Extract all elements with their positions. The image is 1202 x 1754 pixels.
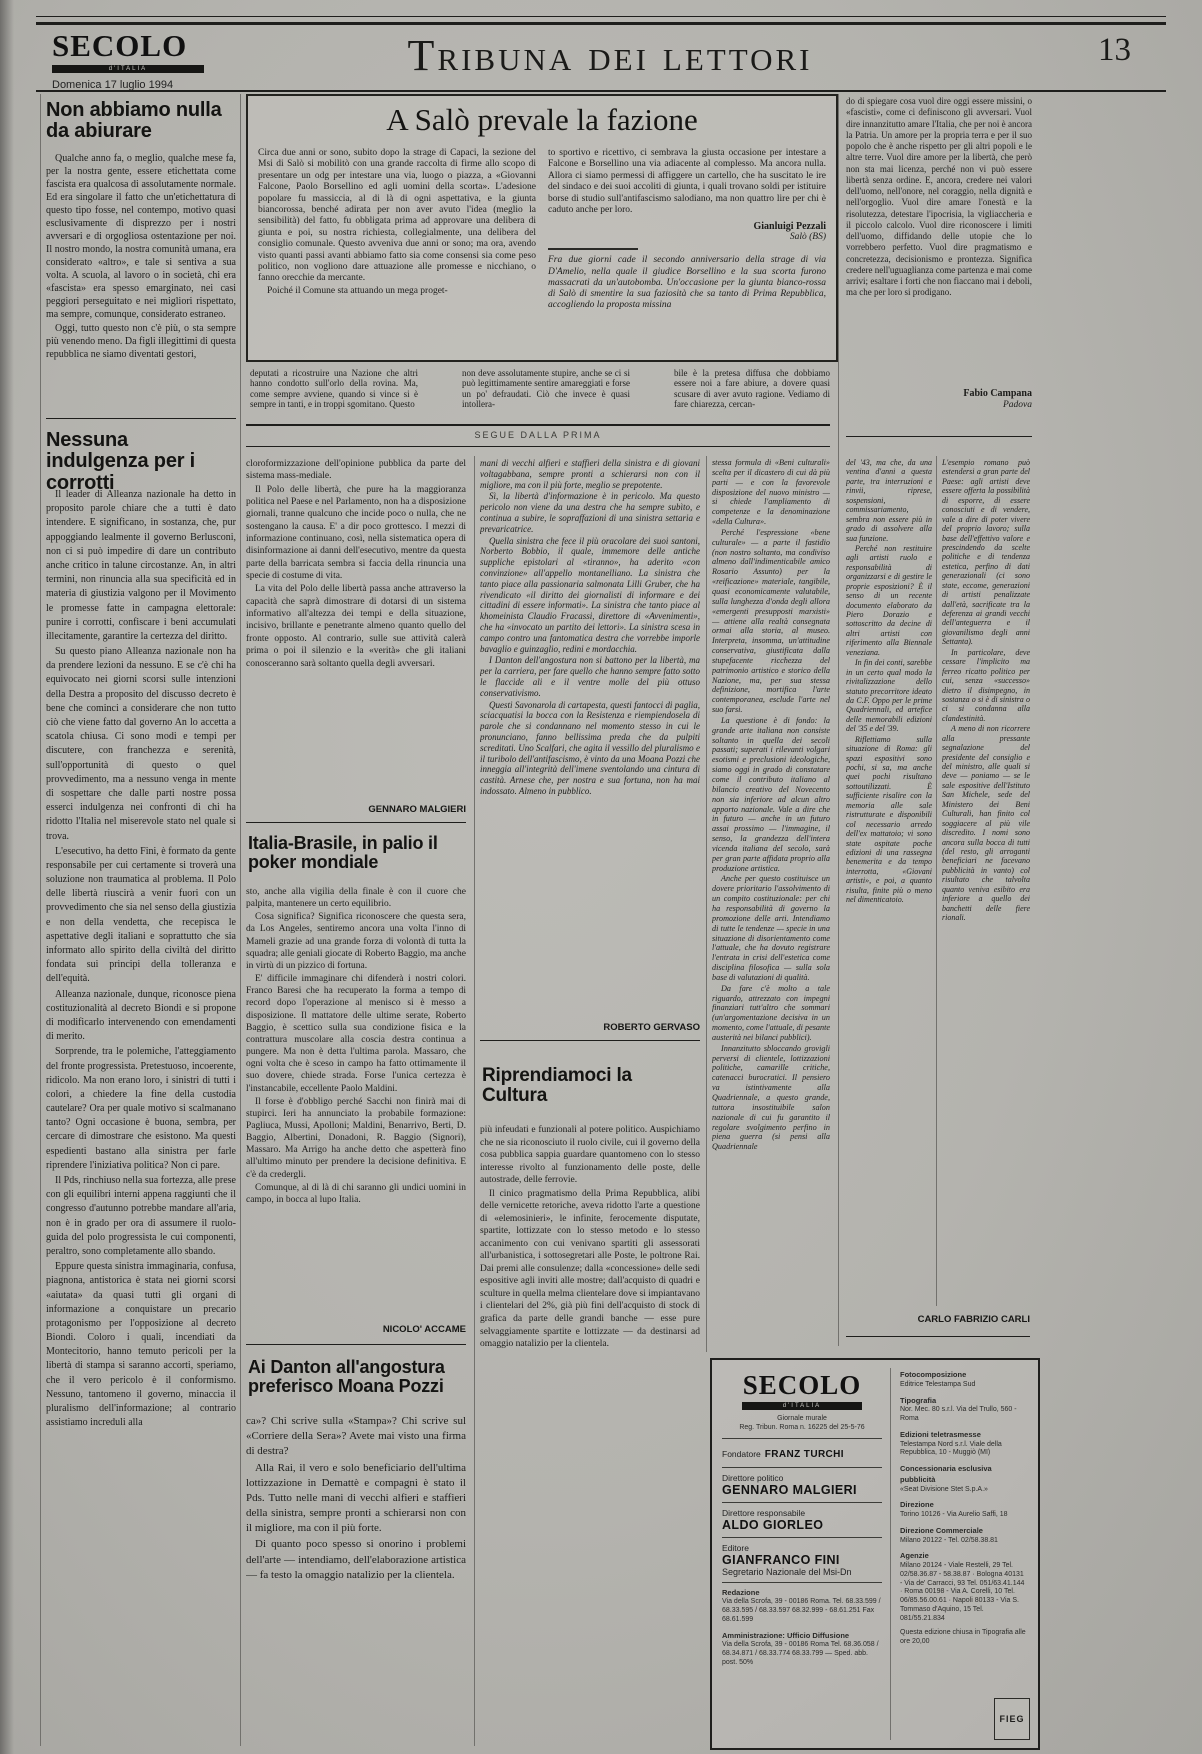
masthead-block: SECOLO d'ITALIA Domenica 17 luglio 1994 — [52, 28, 204, 91]
continuation-col1-text: deputati a ricostruire una Nazione che a… — [250, 368, 418, 409]
imprint-entry-concessionaria: Concessionaria esclusiva pubblicità«Seat… — [900, 1464, 1028, 1494]
entry-5-label: Direzione Commerciale — [900, 1526, 983, 1535]
imprint-div-3 — [722, 1502, 882, 1503]
article-indulgenza-title: Nessuna indulgenza per i corrotti — [46, 430, 232, 494]
paragraph: Il Pds, rinchiuso nella sua fortezza, al… — [46, 1174, 236, 1259]
page-number: 13 — [1098, 32, 1131, 69]
main-letter-col2: to sportivo e ricettivo, ci sembrava la … — [548, 148, 826, 352]
carli-right2-body: L'esempio romano può estendersi a gran p… — [942, 458, 1030, 1306]
section-title: Tribuna dei lettori — [320, 30, 900, 81]
main-letter-box: A Salò prevale la fazione Circa due anni… — [246, 94, 838, 362]
imprint-left: SECOLO d'ITALIA Giornale murale Reg. Tri… — [722, 1370, 882, 1668]
amministrazione-entry: Amministrazione: Ufficio Diffusione Via … — [722, 1631, 882, 1668]
paragraph: E' difficile immaginare chi difenderà i … — [246, 973, 466, 1095]
imprint-div-1 — [722, 1438, 882, 1439]
paragraph: A meno di non ricorrere alla pressante s… — [942, 724, 1030, 922]
paragraph: Il forse è d'obbligo perché Sacchi non f… — [246, 1096, 466, 1181]
imprint-div-4 — [722, 1537, 882, 1538]
entry-7-text: Questa edizione chiusa in Tipografia all… — [900, 1629, 1026, 1645]
imprint-logo: SECOLO — [743, 1370, 862, 1400]
entry-3-text: «Seat Divisione Stet S.p.A.» — [900, 1486, 988, 1493]
imprint-entry-chiusura: Questa edizione chiusa in Tipografia all… — [900, 1629, 1028, 1647]
header-bottom-rule — [36, 90, 1166, 92]
imprint-right: FotocomposizioneEditrice Telestampa Sud … — [900, 1370, 1028, 1653]
paragraph: Questi Savonarola di cartapesta, questi … — [480, 700, 700, 797]
continuation-col2: non deve assolutamente stupire, anche se… — [462, 368, 630, 418]
brasile-byline: NICOLO' ACCAME — [246, 1324, 466, 1335]
edition-date: Domenica 17 luglio 1994 — [52, 79, 204, 91]
paragraph: I Danton dell'angostura non si battono p… — [480, 655, 700, 698]
paragraph: L'esecutivo, ha detto Fini, è formato da… — [46, 845, 236, 987]
entry-1-label: Tipografia — [900, 1396, 936, 1405]
imprint-box: SECOLO d'ITALIA Giornale murale Reg. Tri… — [710, 1358, 1040, 1750]
entry-0-text: Editrice Telestampa Sud — [900, 1381, 975, 1388]
continuation-col3: bile è la pretesa diffusa che dobbiamo e… — [674, 368, 830, 418]
imprint-reg1: Giornale murale — [722, 1415, 882, 1424]
paragraph: do di spiegare cosa vuol dire oggi esser… — [846, 96, 1032, 299]
paragraph: La questione è di fondo: la grande arte … — [712, 716, 830, 874]
paragraph: Perché l'espressione «bene culturale» — … — [712, 528, 830, 715]
redazione-text: Via della Scrofa, 39 - 00186 Roma. Tel. … — [722, 1598, 881, 1623]
imprint-inner-rule — [890, 1368, 891, 1740]
paragraph: Eppure questa sinistra immaginaria, conf… — [46, 1260, 236, 1430]
imprint-entry-fotocomposizione: FotocomposizioneEditrice Telestampa Sud — [900, 1370, 1028, 1390]
founder-name: FRANZ TURCHI — [765, 1449, 844, 1460]
imprint-entry-edizioni: Edizioni teletrasmesseTelestampa Nord s.… — [900, 1430, 1028, 1458]
paragraph: più infeudati e funzionali al potere pol… — [480, 1124, 700, 1187]
imprint-logo-sub: d'ITALIA — [742, 1402, 862, 1410]
paragraph: Sorprende, tra le polemiche, l'atteggiam… — [46, 1045, 236, 1173]
vrule-3 — [706, 456, 707, 1352]
paragraph: L'esempio romano può estendersi a gran p… — [942, 458, 1030, 647]
danton-title: Ai Danton all'angostura preferisco Moana… — [248, 1358, 458, 1397]
paragraph: Qualche anno fa, o meglio, qualche mese … — [46, 152, 236, 321]
paragraph: Cosa significa? Significa riconoscere ch… — [246, 911, 466, 972]
gervaso-body: mani di vecchi alfieri e staffieri della… — [480, 458, 700, 1018]
imprint-div-5 — [722, 1582, 882, 1583]
continuation-col2-text: non deve assolutamente stupire, anche se… — [462, 368, 630, 409]
main-letter-col1: Circa due anni or sono, subito dopo la s… — [258, 148, 536, 348]
malgieri-body: cloroformizzazione dell'opinione pubblic… — [246, 458, 466, 802]
vrule-left-edge — [40, 94, 41, 1746]
editor-name: GIANFRANCO FINI — [722, 1553, 882, 1567]
dir-resp-label: Direttore responsabile — [722, 1508, 882, 1518]
dir-pol-label: Direttore politico — [722, 1473, 882, 1483]
campana-byline-place: Padova — [846, 400, 1032, 410]
entry-4-label: Direzione — [900, 1500, 934, 1509]
imprint-reg2: Reg. Tribun. Roma n. 16225 del 25-5-76 — [722, 1424, 882, 1433]
right-divider — [846, 436, 1032, 437]
imprint-logo-wrap: SECOLO d'ITALIA — [722, 1370, 882, 1410]
imprint-entry-tipografia: TipografiaNor. Mec. 80 s.r.l. Via del Tr… — [900, 1396, 1028, 1424]
main-letter-col2-text: to sportivo e ricettivo, ci sembrava la … — [548, 148, 826, 217]
main-letter-headline: A Salò prevale la fazione — [248, 102, 836, 138]
paragraph: Alla Rai, il vero e solo beneficiario de… — [246, 1461, 466, 1537]
gervaso-byline: ROBERTO GERVASO — [480, 1022, 700, 1033]
carli-bottom-rule — [846, 1336, 1030, 1337]
entry-2-text: Telestampa Nord s.r.l. Viale della Repub… — [900, 1441, 1002, 1457]
paragraph: Da fare c'è molto a tale riguardo, attre… — [712, 984, 830, 1043]
colA-divider-1 — [246, 822, 466, 823]
top-rule-thick — [36, 22, 1166, 25]
amministrazione-text: Via della Scrofa, 39 - 00186 Roma Tel. 6… — [722, 1641, 879, 1666]
campana-byline: Fabio Campana — [846, 388, 1032, 399]
imprint-founder-row: Fondatore FRANZ TURCHI — [722, 1444, 882, 1462]
paragraph: del '43, ma che, da una ventina d'anni a… — [846, 458, 932, 543]
entry-3-label: Concessionaria esclusiva pubblicità — [900, 1464, 992, 1484]
paragraph: Quella sinistra che fece il più oracolar… — [480, 536, 700, 655]
editor-note-rule — [548, 248, 638, 250]
segue-band: SEGUE DALLA PRIMA — [246, 424, 830, 447]
vrule-1 — [240, 94, 241, 1746]
campana-letter-body: do di spiegare cosa vuol dire oggi esser… — [846, 96, 1032, 402]
imprint-div-2 — [722, 1467, 882, 1468]
redazione-entry: Redazione Via della Scrofa, 39 - 00186 R… — [722, 1588, 882, 1625]
entry-4-text: Torino 10126 - Via Aurelio Saffi, 18 — [900, 1511, 1008, 1518]
paragraph: Comunque, al di là di chi saranno gli un… — [246, 1182, 466, 1206]
paragraph: Il cinico pragmatismo della Prima Repubb… — [480, 1188, 700, 1351]
vrule-4 — [838, 94, 839, 1346]
masthead-logo-sub: d'ITALIA — [52, 65, 204, 73]
entry-2-label: Edizioni teletrasmesse — [900, 1430, 981, 1439]
letter-byline-place: Salò (BS) — [548, 232, 826, 242]
paragraph: Circa due anni or sono, subito dopo la s… — [258, 148, 536, 285]
colB-divider — [480, 1040, 700, 1041]
vrule-2 — [474, 456, 475, 1746]
amministrazione-label: Amministrazione: Ufficio Diffusione — [722, 1631, 849, 1640]
top-rule-thin — [36, 16, 1166, 17]
entry-0-label: Fotocomposizione — [900, 1370, 966, 1379]
imprint-entry-direzione-commerciale: Direzione CommercialeMilano 20122 - Tel.… — [900, 1526, 1028, 1546]
paragraph: Poiché il Comune sta attuando un mega pr… — [258, 286, 536, 297]
paragraph: stessa formula di «Beni culturali» scelt… — [712, 458, 830, 527]
imprint-entry-agenzie: AgenzieMilano 20124 - Viale Restelli, 29… — [900, 1551, 1028, 1623]
editor-note: Fra due giorni cade il secondo anniversa… — [548, 255, 826, 311]
paragraph: Di quanto poco spesso si onorino i probl… — [246, 1537, 466, 1583]
paragraph: Alleanza nazionale, dunque, riconosce pi… — [46, 988, 236, 1045]
paragraph: La vita del Polo delle libertà passa anc… — [246, 583, 466, 669]
left-col-divider — [46, 418, 236, 419]
dir-pol-name: GENNARO MALGIERI — [722, 1483, 882, 1497]
paragraph: Perché non restituire agli artisti ruolo… — [846, 544, 932, 657]
fieg-stamp: FIEG — [994, 1698, 1030, 1740]
carli-byline: CARLO FABRIZIO CARLI — [846, 1314, 1030, 1325]
brasile-title: Italia-Brasile, in palio il poker mondia… — [248, 834, 458, 873]
danton-body: ca»? Chi scrive sulla «Stampa»? Chi scri… — [246, 1414, 466, 1744]
paragraph: In fin dei conti, sarebbe in un certo qu… — [846, 658, 932, 734]
paragraph: to sportivo e ricettivo, ci sembrava la … — [548, 148, 826, 216]
paragraph: In particolare, deve cessare l'implicito… — [942, 648, 1030, 724]
dir-resp-name: ALDO GIORLEO — [722, 1518, 882, 1532]
entry-6-text: Milano 20124 - Viale Restelli, 29 Tel. 0… — [900, 1562, 1024, 1622]
carli-right1-body: del '43, ma che, da una ventina d'anni a… — [846, 458, 932, 1306]
carli-mid-body: stessa formula di «Beni culturali» scelt… — [712, 458, 830, 1350]
entry-1-text: Nor. Mec. 80 s.r.l. Via del Trullo, 560 … — [900, 1406, 1017, 1422]
paragraph: Oggi, tutto questo non c'è più, o sta se… — [46, 322, 236, 361]
entry-5-text: Milano 20122 - Tel. 02/58.38.81 — [900, 1537, 998, 1544]
paragraph: Anche per questo costituisce un dovere p… — [712, 874, 830, 982]
paragraph: ca»? Chi scrive sulla «Stampa»? Chi scri… — [246, 1414, 466, 1460]
paragraph: Il Polo delle libertà, che pure ha la ma… — [246, 484, 466, 583]
editor-sub: Segretario Nazionale del Msi-Dn — [722, 1567, 882, 1577]
brasile-body: sto, anche alla vigilia della finale è c… — [246, 886, 466, 1322]
paragraph: mani di vecchi alfieri e staffieri della… — [480, 458, 700, 490]
article-abiurare-body: Qualche anno fa, o meglio, qualche mese … — [46, 152, 236, 410]
cultura-body: più infeudati e funzionali al potere pol… — [480, 1124, 700, 1744]
continuation-col3-text: bile è la pretesa diffusa che dobbiamo e… — [674, 368, 830, 409]
malgieri-byline: GENNARO MALGIERI — [246, 804, 466, 815]
founder-label: Fondatore — [722, 1449, 761, 1459]
newspaper-page: SECOLO d'ITALIA Domenica 17 luglio 1994 … — [0, 0, 1202, 1754]
imprint-entry-direzione: DirezioneTorino 10126 - Via Aurelio Saff… — [900, 1500, 1028, 1520]
cultura-title: Riprendiamoci la Cultura — [482, 1066, 682, 1107]
paragraph: Riflettiamo sulla situazione di Roma: gl… — [846, 735, 932, 905]
paragraph: cloroformizzazione dell'opinione pubblic… — [246, 458, 466, 483]
masthead-logo: SECOLO — [52, 28, 204, 64]
paragraph: Innanzitutto sbloccando grovigli pervers… — [712, 1044, 830, 1152]
paragraph: Il leader di Alleanza nazionale ha detto… — [46, 488, 236, 644]
entry-6-label: Agenzie — [900, 1551, 929, 1560]
colA-divider-2 — [246, 1344, 466, 1345]
article-abiurare-title: Non abbiamo nulla da abiurare — [46, 100, 232, 143]
vrule-5 — [936, 456, 937, 1306]
letter-byline: Gianluigi Pezzali — [548, 221, 826, 232]
redazione-label: Redazione — [722, 1588, 760, 1597]
paragraph: Sì, la libertà d'informazione è in peric… — [480, 491, 700, 534]
paragraph: Su questo piano Alleanza nazionale non h… — [46, 645, 236, 844]
article-indulgenza-body: Il leader di Alleanza nazionale ha detto… — [46, 488, 236, 1738]
continuation-col1: deputati a ricostruire una Nazione che a… — [250, 368, 418, 418]
paragraph: sto, anche alla vigilia della finale è c… — [246, 886, 466, 910]
editor-label: Editore — [722, 1543, 882, 1553]
